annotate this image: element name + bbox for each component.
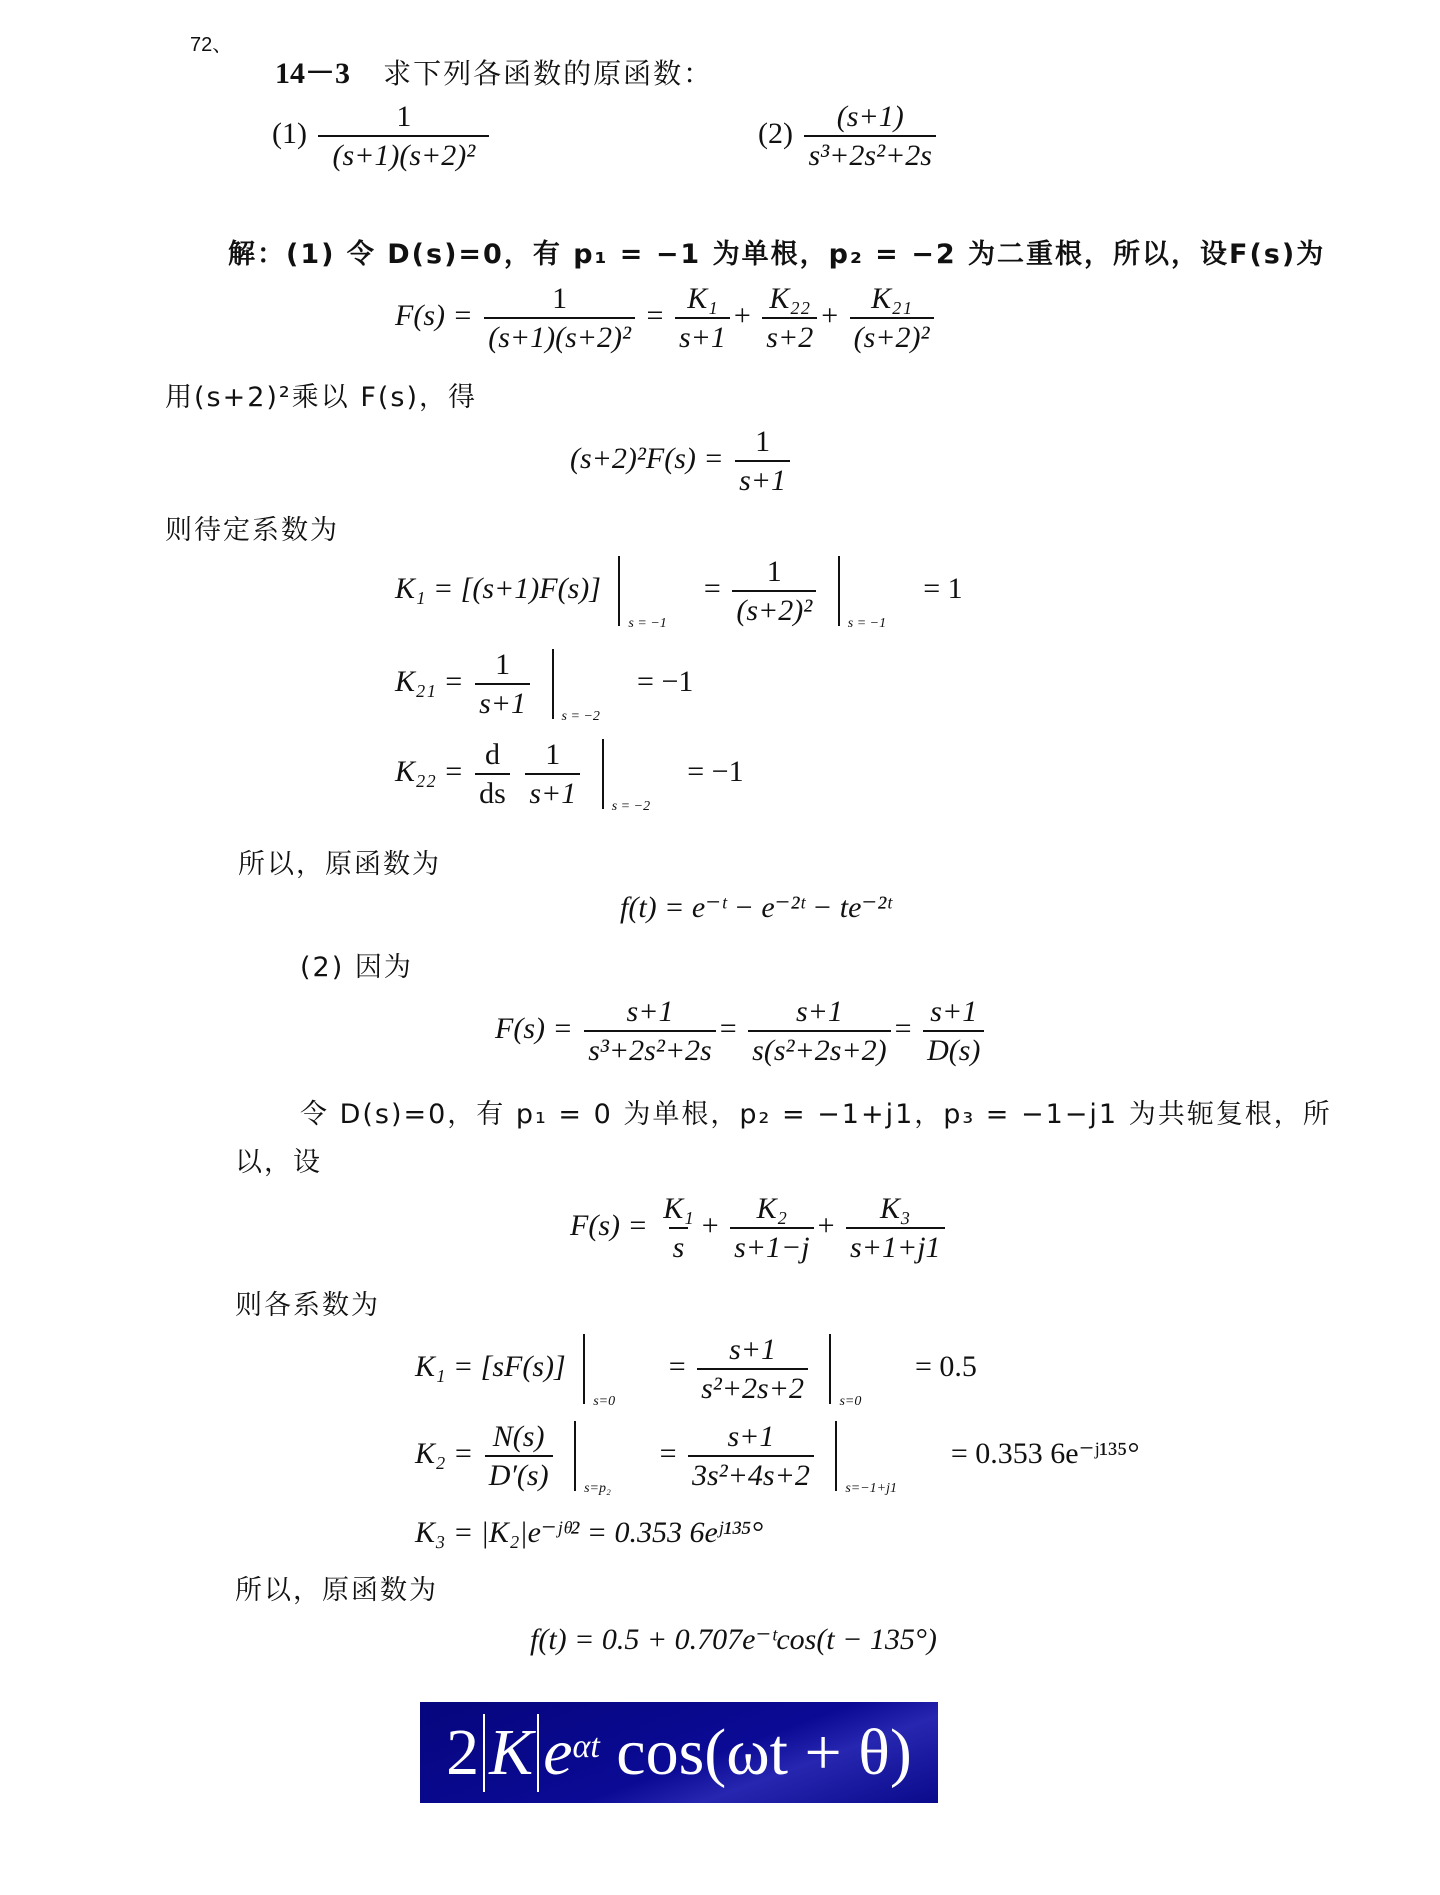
abs-bar-right [537, 1714, 539, 1792]
coef-heading-2: 则各系数为 [235, 1283, 380, 1322]
result-equation-2: f(t) = 0.5 + 0.707e⁻ᵗcos(t − 135°) [530, 1622, 937, 1657]
fraction: 1 (s+1)(s+2)² [318, 100, 489, 172]
part1-expansion: F(s) = 1(s+1)(s+2)² = K₁s+1+ K₂₂s+2+ K₂₁… [395, 282, 938, 354]
part2-heading: (2) 因为 [300, 945, 413, 984]
k22-equation: K₂₂ = dds 1s+1 s = −2 = −1 [395, 738, 744, 810]
result-heading-1: 所以，原函数为 [238, 842, 441, 881]
item-label: (1) [272, 117, 307, 150]
item-label: (2) [758, 117, 793, 150]
problem-number: 14－3 [275, 57, 350, 90]
result-heading-2: 所以，原函数为 [235, 1568, 438, 1607]
roots-text-line1: 令 D(s)=0，有 p₁ = 0 为单根，p₂ = −1+j1，p₃ = −1… [300, 1092, 1332, 1131]
formula-box: 2 K eαt cos(ωt + θ) [420, 1702, 938, 1803]
problem-statement: 求下列各函数的原函数： [383, 57, 713, 90]
abs-bar-left [483, 1714, 485, 1792]
multiply-text: 用(s+2)²乘以 F(s)，得 [165, 375, 477, 414]
part1-intro: 解：(1) 令 D(s)=0，有 p₁ = −1 为单根，p₂ = −2 为二重… [228, 232, 1325, 271]
problem-item-2: (2) (s+1) s³+2s²+2s [758, 100, 940, 172]
fraction: (s+1) s³+2s²+2s [804, 100, 936, 172]
part2-k1-equation: K₁ = [sF(s)] s=0 = s+1s²+2s+2 s=0 = 0.5 [415, 1333, 977, 1405]
part2-fs-equation: F(s) = s+1s³+2s²+2s= s+1s(s²+2s+2)= s+1D… [495, 995, 988, 1067]
part2-k2-equation: K₂ = N(s)D′(s) s=p₂ = s+13s²+4s+2 s=−1+j… [415, 1420, 1140, 1492]
k1-equation: K₁ = [(s+1)F(s)] s = −1 = 1(s+2)² s = −1… [395, 555, 963, 627]
part2-expansion: F(s) = K₁s+ K₂s+1−j+ K₃s+1+j1 [570, 1192, 949, 1264]
multiplied-equation: (s+2)²F(s) = 1s+1 [570, 425, 794, 497]
problem-header: 14－3 求下列各函数的原函数： [275, 48, 713, 92]
result-equation-1: f(t) = e⁻ᵗ − e⁻²ᵗ − te⁻²ᵗ [620, 890, 891, 925]
k21-equation: K₂₁ = 1s+1 s = −2 = −1 [395, 648, 693, 720]
problem-item-1: (1) 1 (s+1)(s+2)² [272, 100, 493, 172]
coef-heading-1: 则待定系数为 [165, 508, 339, 547]
roots-text-line2: 以，设 [235, 1140, 322, 1179]
part2-k3-equation: K₃ = |K₂|e⁻ʲᶿ² = 0.353 6eʲ¹³⁵° [415, 1515, 763, 1550]
page-number: 72、 [190, 28, 232, 57]
